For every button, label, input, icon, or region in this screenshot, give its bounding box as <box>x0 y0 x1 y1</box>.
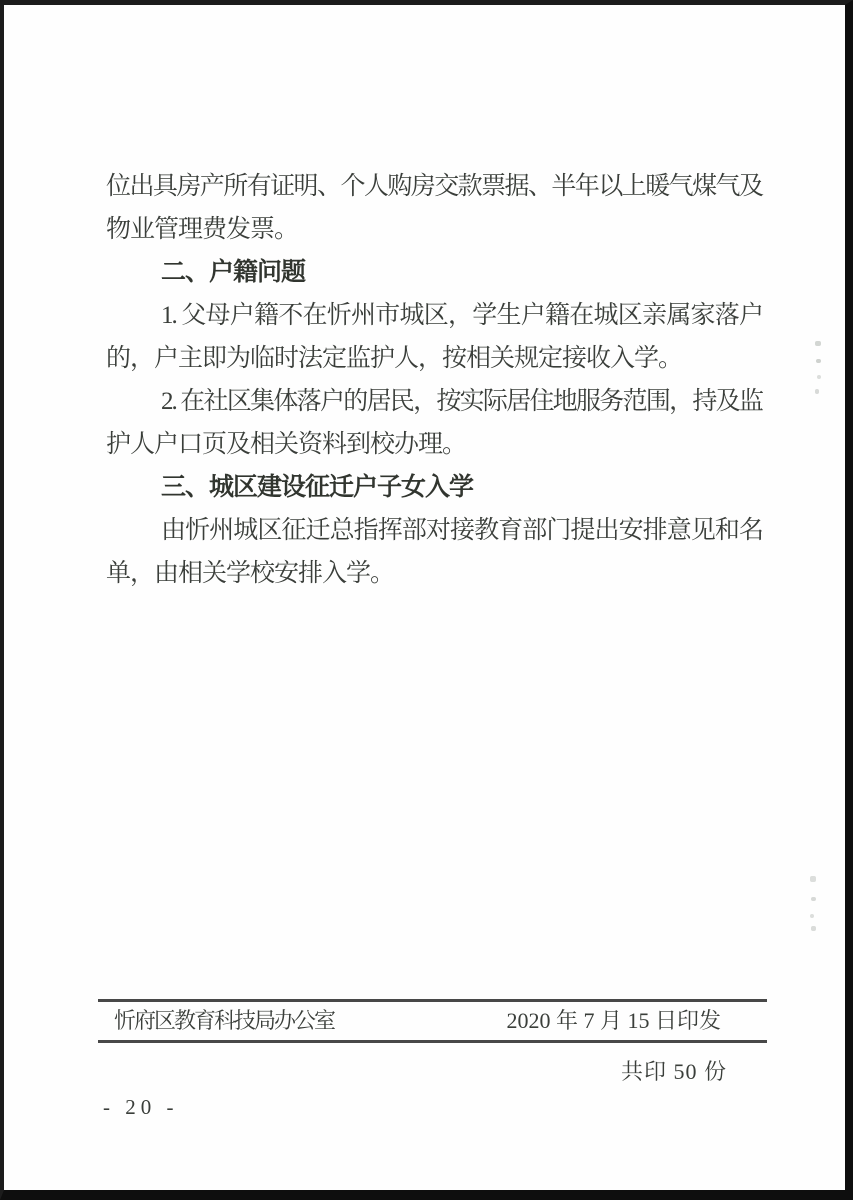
body-line: 单，由相关学校安排入学。 <box>106 552 762 595</box>
section-heading: 三、城区建设征迁户子女入学 <box>106 466 762 509</box>
scan-artifact <box>811 897 816 901</box>
body-line: 位出具房产所有证明、个人购房交款票据、半年以上暖气煤气及 <box>106 165 762 208</box>
print-date: 2020 年 7 月 15 日印发 <box>506 1008 721 1034</box>
body-line: 1. 父母户籍不在忻州市城区，学生户籍在城区亲属家落户 <box>106 294 762 337</box>
issuing-office: 忻府区教育科技局办公室 <box>114 1008 334 1034</box>
document-footer: 忻府区教育科技局办公室 2020 年 7 月 15 日印发 共印 50 份 <box>98 999 767 1086</box>
footer-rule-bottom <box>98 1040 767 1043</box>
document-body: 位出具房产所有证明、个人购房交款票据、半年以上暖气煤气及 物业管理费发票。 二、… <box>106 165 762 595</box>
print-copies: 共印 50 份 <box>98 1055 767 1086</box>
section-heading: 二、户籍问题 <box>106 251 762 294</box>
body-line: 护人户口页及相关资料到校办理。 <box>106 423 762 466</box>
scan-artifact <box>815 341 821 346</box>
scan-artifact <box>811 926 816 931</box>
body-line: 由忻州城区征迁总指挥部对接教育部门提出安排意见和名 <box>106 509 762 552</box>
body-line: 的，户主即为临时法定监护人，按相关规定接收入学。 <box>106 337 762 380</box>
scan-artifact <box>810 876 816 882</box>
body-line: 物业管理费发票。 <box>106 208 762 251</box>
scan-artifact <box>816 359 821 363</box>
scan-artifact <box>815 389 819 394</box>
scan-artifact <box>817 375 821 379</box>
body-line: 2. 在社区集体落户的居民，按实际居住地服务范围，持及监 <box>106 380 762 423</box>
scan-artifact <box>810 914 814 918</box>
footer-row: 忻府区教育科技局办公室 2020 年 7 月 15 日印发 <box>98 1002 767 1040</box>
page-number: - 20 - <box>103 1095 179 1120</box>
document-page: 位出具房产所有证明、个人购房交款票据、半年以上暖气煤气及 物业管理费发票。 二、… <box>0 0 853 1200</box>
